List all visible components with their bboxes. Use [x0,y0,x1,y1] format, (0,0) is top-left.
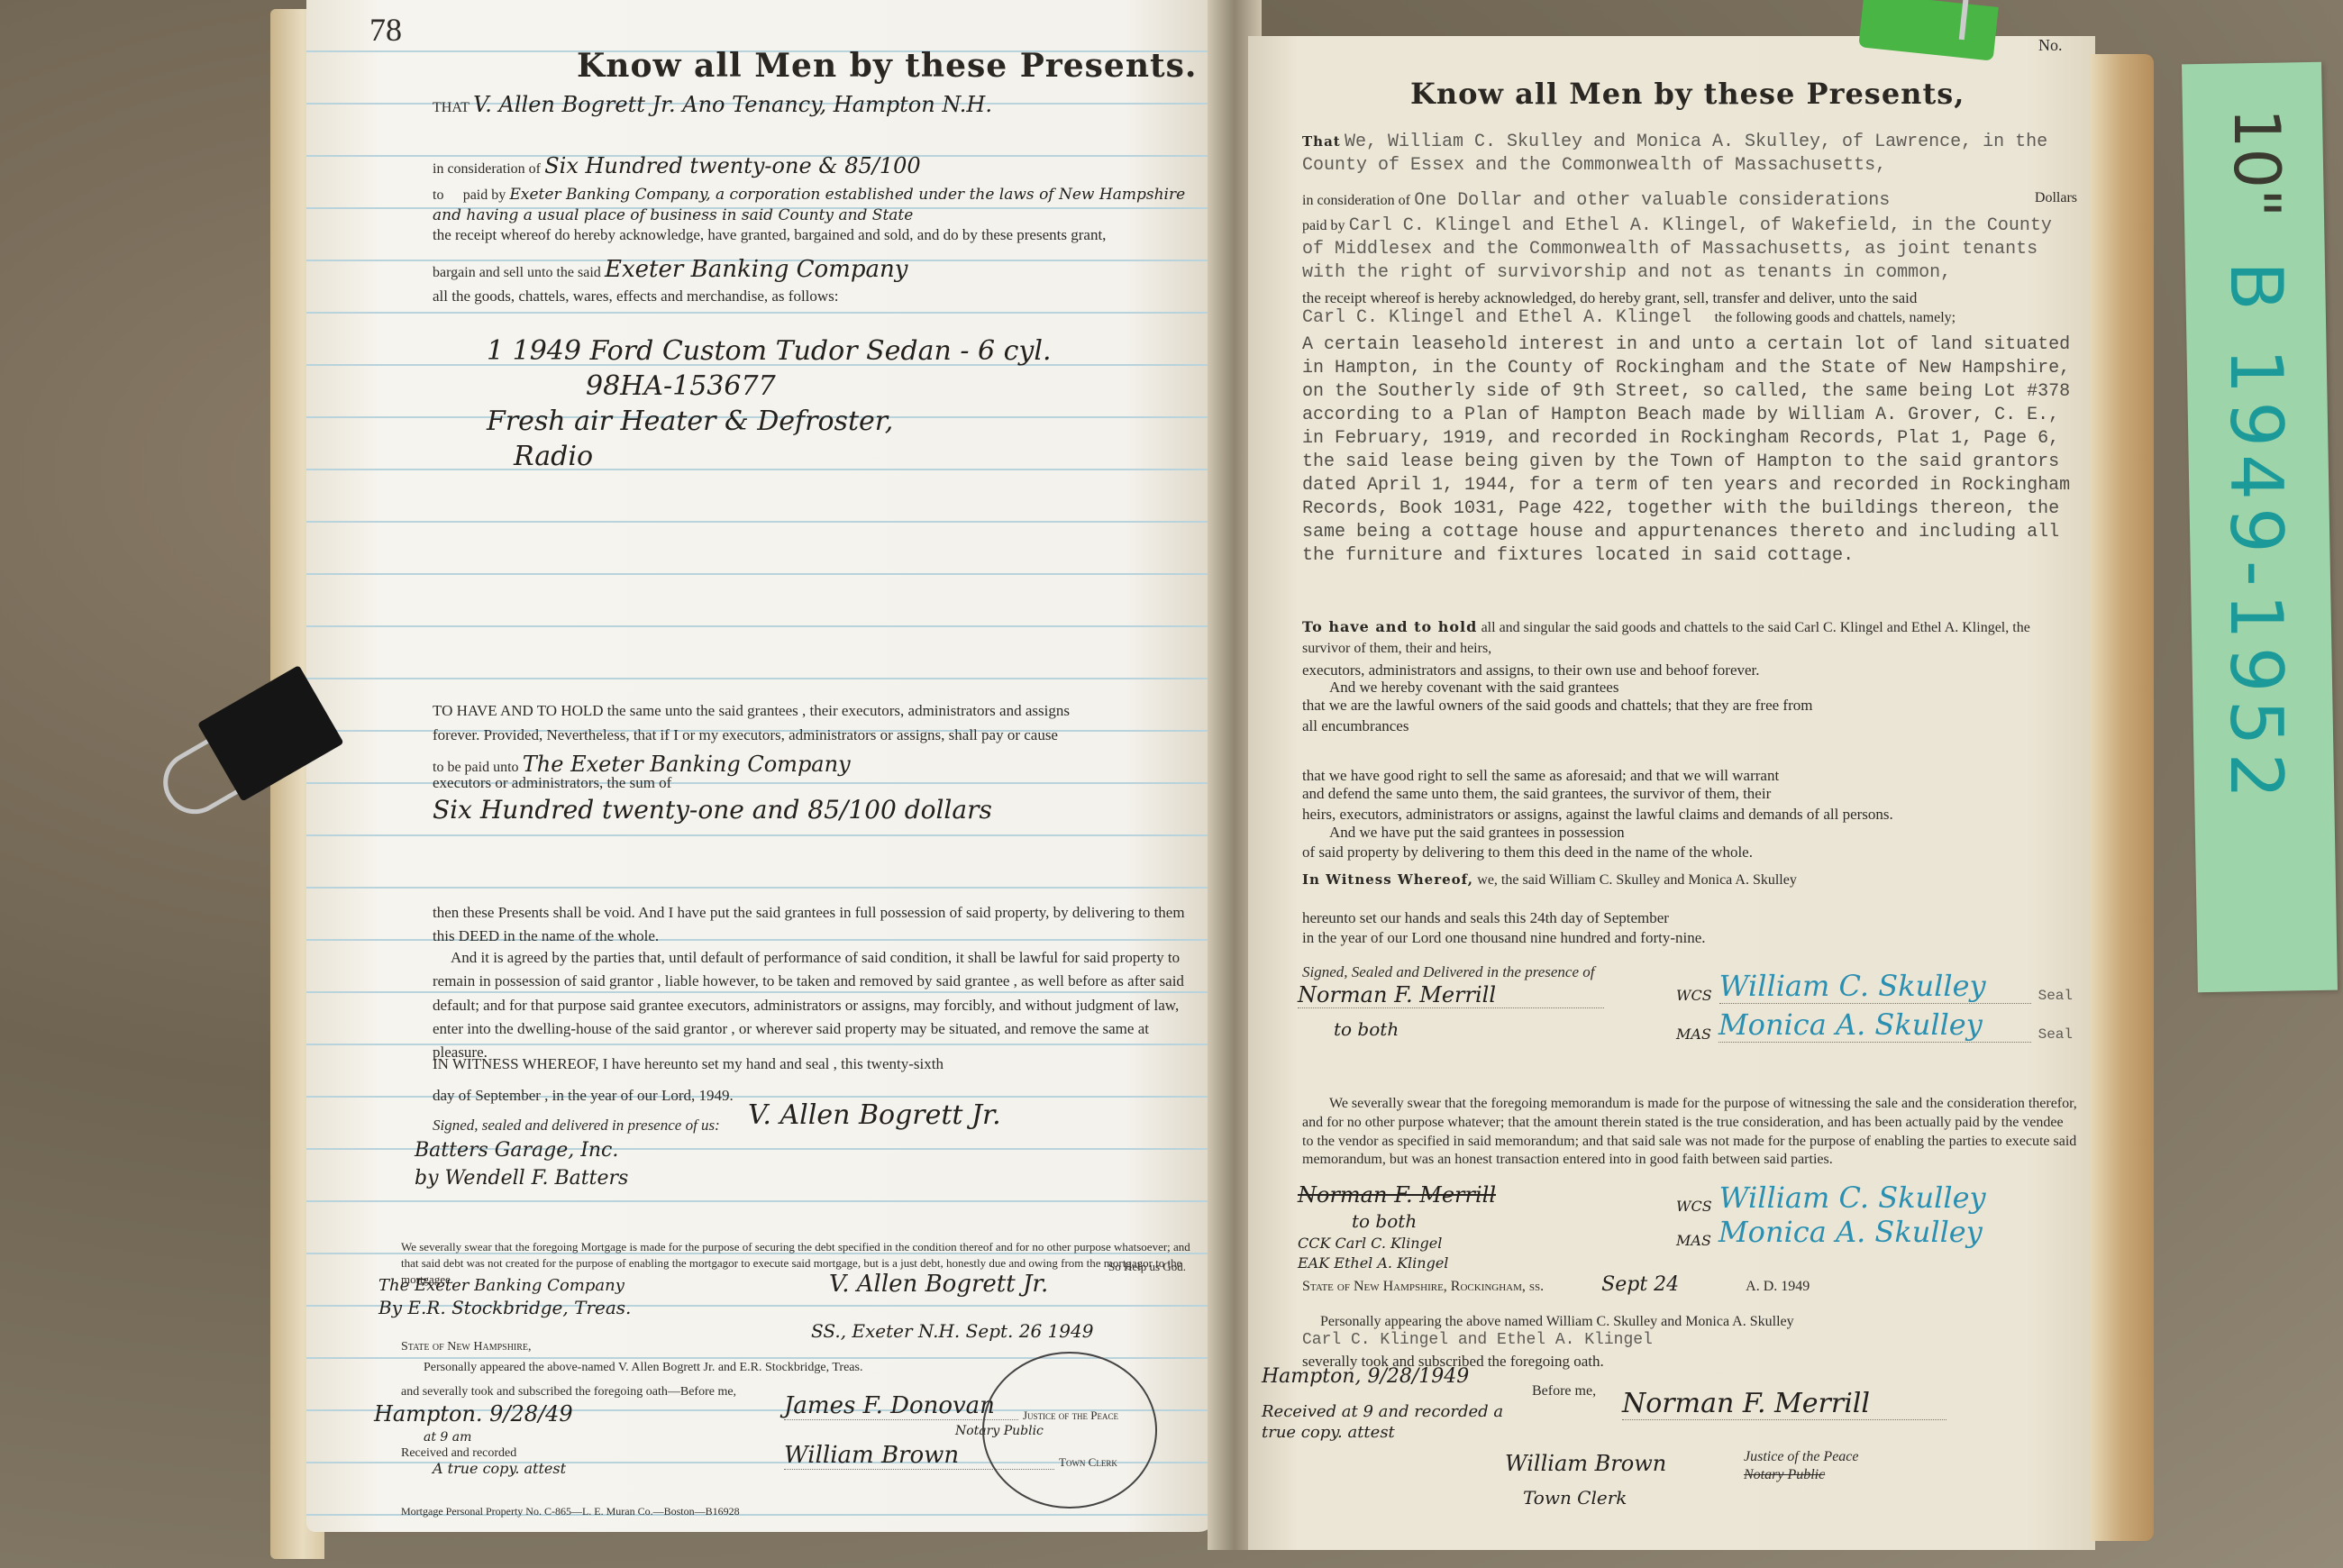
that-label: That [1302,133,1341,150]
receipt-text: the receipt whereof is hereby acknowledg… [1302,288,2077,308]
oath-witness-signatures: Norman F. Merrill to both CCK Carl C. Kl… [1298,1181,1496,1273]
witness-text: we, the said William C. Skulley and Moni… [1477,872,1797,888]
paid-by-party: Exeter Banking Company, a corporation es… [433,186,1185,224]
oath-signature: to both [1298,1209,1496,1234]
defend-text: and defend the same unto them, the said … [1302,784,2077,804]
seal-label: Seal [2038,988,2073,1004]
witness-signatures: Batters Garage, Inc. by Wendell F. Batte… [415,1137,628,1193]
state-label: State of New Hampshire, [401,1340,532,1354]
consideration-amount: One Dollar and other valuable considerat… [1414,190,1890,211]
owner-text: that we are the lawful owners of the sai… [1302,696,2077,716]
justice-label: Justice of the Peace [1744,1449,1859,1465]
seller-signature-block: WCS William C. Skulley Seal MAS Monica A… [1676,969,2073,1043]
recorded-place-date: Hampton. 9/28/49 [374,1401,573,1427]
goods-item: Fresh air Heater & Defroster, [487,404,1253,439]
seller-initials: WCS [1676,1198,1712,1215]
ss-location-date: SS., Exeter N.H. Sept. 26 1949 [811,1320,1093,1342]
good-right-text: that we have good right to sell the same… [1302,766,2077,786]
book-cover-right-edge [2091,54,2154,1541]
received-label: Received and recorded [401,1446,516,1461]
goods-label: the following goods and chattels, namely… [1715,310,1956,325]
seller-initials: WCS [1676,987,1712,1004]
seller-signature: William C. Skulley [1719,1181,1986,1215]
appearing-names: Carl C. Klingel and Ethel A. Klingel [1302,1331,1653,1349]
state-year: A. D. 1949 [1746,1279,1810,1294]
so-help-text: So Help us God. [1108,1260,1186,1274]
oath-seller-signatures: WCS William C. Skulley MAS Monica A. Sku… [1676,1181,2073,1249]
delivering-text: of said property by delivering to them t… [1302,843,2077,862]
oath-signature: CCK Carl C. Klingel [1298,1234,1496,1253]
grantor-name: V. Allen Bogrett Jr. Ano Tenancy, Hampto… [473,92,992,117]
to-have-label: To have and to hold [1302,618,1477,635]
provided-text: forever. Provided, Nevertheless, that if… [433,725,1199,746]
put-in-possession-text: And we have put the said grantees in pos… [1302,823,2104,843]
property-description: A certain leasehold interest in and unto… [1302,333,2077,568]
witness-label: In Witness Whereof, [1302,871,1473,888]
town-clerk-signature: William Brown [1505,1451,1666,1476]
consideration-amount: Six Hundred twenty-one & 85/100 [544,153,920,178]
tab-volume-label: B 1949-1952 [2214,261,2298,806]
seller-initials: MAS [1676,1232,1711,1249]
grantor-parties: We, William C. Skulley and Monica A. Sku… [1302,132,2047,176]
grantee-name: Exeter Banking Company [605,256,907,283]
justice-signature: Norman F. Merrill [1622,1388,1946,1420]
form-footer: Mortgage Personal Property No. C-865—L. … [401,1505,740,1518]
witness-signature: Batters Garage, Inc. [415,1137,628,1165]
index-tab-text: 10" B 1949-1952 [2221,72,2302,973]
bargain-label: bargain and sell unto the said [433,265,601,280]
encumbrances-text: all encumbrances [1302,716,2077,736]
oath-signature: Norman F. Merrill [1298,1181,1496,1209]
sum-amount: Six Hundred twenty-one and 85/100 dollar… [433,793,1199,827]
witness-signature: Norman F. Merrill [1298,982,1604,1008]
right-page-title: Know all Men by these Presents, [1410,77,1965,111]
to-have-text: TO HAVE AND TO HOLD the same unto the sa… [433,701,1199,722]
seller-signature: Monica A. Skulley [1719,1215,1983,1249]
goods-item: 98HA-153677 [487,369,1253,404]
to-label: to [433,187,443,203]
witness-signature: by Wendell F. Batters [415,1165,628,1193]
oath-signature-bank: The Exeter Banking Company By E.R. Stock… [378,1275,631,1319]
witness-text: IN WITNESS WHEREOF, I have hereunto set … [433,1054,1199,1075]
year-text: in the year of our Lord one thousand nin… [1302,928,2077,948]
dollars-label: Dollars [2035,189,2077,208]
oath-signature-grantor: V. Allen Bogrett Jr. [829,1271,1048,1298]
grantee-parties: Carl C. Klingel and Ethel A. Klingel, of… [1302,215,2052,283]
receipt-text: the receipt whereof do hereby acknowledg… [433,225,1199,246]
oath-signature: The Exeter Banking Company [378,1275,631,1296]
oath-signature: EAK Ethel A. Klingel [1298,1253,1496,1273]
appeared-line: Personally appeared the above-named V. A… [424,1361,862,1375]
paid-by-label: paid by [1302,218,1345,233]
recorded-place-date: Hampton, 9/28/1949 [1262,1365,1469,1388]
heirs-text: heirs, executors, administrators or assi… [1302,805,2077,825]
page-title: Know all Men by these Presents. [577,47,1197,85]
notary-label: Notary Public [1744,1467,1825,1483]
tab-size-note: 10" [2220,108,2293,217]
consideration-label: in consideration of [1302,193,1410,208]
covenant-text: And we hereby covenant with the said gra… [1302,678,2104,697]
seller-signature: Monica A. Skulley [1719,1007,2031,1043]
appearing-text: Personally appearing the above named Wil… [1302,1314,1794,1329]
recorded-time: at 9 am [424,1430,471,1445]
page-number: 78 [369,11,402,49]
notary-seal-stamp [982,1352,1157,1509]
paid-by-label: paid by [463,187,506,203]
hereunto-text: hereunto set our hands and seals this 24… [1302,908,2077,928]
grantor-signature: V. Allen Bogrett Jr. [748,1099,1001,1131]
goods-item: 1 1949 Ford Custom Tudor Sedan - 6 cyl. [487,333,1253,369]
consideration-label: in consideration of [433,161,541,177]
state-text: State of New Hampshire, Rockingham, ss. [1302,1279,1544,1294]
right-page-number-label: No. [2038,36,2063,55]
goods-item: Radio [487,439,1253,474]
memorandum-oath-text: We severally swear that the foregoing me… [1302,1095,2077,1170]
recorded-note: A true copy. attest [433,1460,566,1477]
goods-label: all the goods, chattels, wares, effects … [433,287,1199,307]
seller-initials: MAS [1676,1026,1711,1043]
agreed-text: And it is agreed by the parties that, un… [433,946,1199,1065]
void-text: then these Presents shall be void. And I… [433,901,1199,949]
sum-label: executors or administrators, the sum of [433,773,1199,794]
that-label: THAT [433,100,470,115]
took-text: and severally took and subscribed the fo… [401,1385,736,1399]
grantees-name: Carl C. Klingel and Ethel A. Klingel [1302,307,1691,328]
before-me-label: Before me, [1532,1383,1596,1399]
recorded-note: Received at 9 and recorded a true copy. … [1262,1401,1532,1444]
oath-signature: By E.R. Stockbridge, Treas. [378,1296,631,1319]
goods-list: 1 1949 Ford Custom Tudor Sedan - 6 cyl. … [487,333,1253,474]
appeared-text: Personally appeared the above-named V. A… [424,1361,862,1374]
town-clerk-label: Town Clerk [1523,1487,1627,1509]
witness-signature-note: to both [1334,1018,1399,1040]
state-date: Sept 24 [1601,1273,1679,1296]
seal-label: Seal [2038,1026,2073,1043]
seller-signature: William C. Skulley [1719,969,2031,1004]
